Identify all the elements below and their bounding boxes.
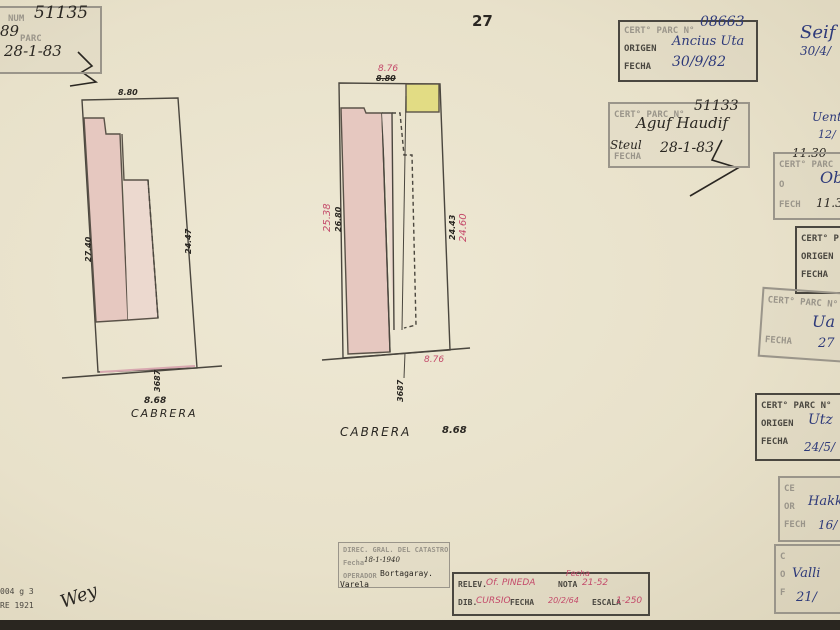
- cert-6-fecha: 24/5/: [804, 440, 835, 454]
- top-right-signature: Seif: [800, 22, 835, 43]
- cert-2-origen: Aguf Haudif: [636, 114, 728, 132]
- survey-stamp: RELEV. NOTA DIB. FECHA ESCALA: [452, 572, 650, 616]
- right-note-1: Uent: [812, 110, 840, 124]
- left-street-number: 3687: [153, 370, 162, 392]
- right-street-name: CABRERA: [340, 425, 411, 439]
- right-front-width-top: 8.80: [376, 74, 396, 83]
- right-right-depth-red: 24.60: [458, 213, 469, 242]
- right-right-depth: 24.43: [448, 215, 457, 240]
- right-front-width-top-red: 8.76: [378, 64, 398, 74]
- top-right-date: 30/4/: [800, 44, 831, 58]
- right-note-2: 12/: [818, 128, 836, 141]
- cert-2-number: 51133: [694, 98, 739, 114]
- cert-stamp-4: CERT° P ORIGEN FECHA: [795, 226, 840, 294]
- cert-6-origen: Utz: [808, 412, 833, 428]
- stamp-number: 51135: [34, 3, 88, 23]
- survey-fecha-top: Fecha: [566, 569, 590, 578]
- left-depth-label: 27.40: [84, 237, 93, 262]
- cert-7-fecha: 16/: [818, 518, 837, 532]
- catastro-date: 18-1-1940: [364, 556, 400, 564]
- left-street-name: CABRERA: [131, 407, 198, 420]
- cert-1-origen: Ancius Uta: [672, 34, 744, 49]
- catastro-extra: Varela: [340, 580, 369, 589]
- right-street-width: 8.68: [442, 425, 467, 436]
- survey-escala-value: 1-250: [616, 596, 642, 606]
- cert-stamp-7: CE OR FECH: [778, 476, 840, 542]
- bottom-left-code-2: RE 1921: [0, 601, 34, 610]
- cert-7-origen: Hakk: [808, 494, 840, 509]
- survey-fecha-value: 20/2/64: [548, 596, 579, 605]
- cert-8-fecha: 21/: [796, 590, 817, 605]
- survey-relev-value: Of. PINEDA: [486, 578, 535, 588]
- cert-2-fecha: 28-1-83: [660, 140, 714, 156]
- stamp-date: 28-1-83: [4, 42, 62, 60]
- right-left-depth: 26.80: [334, 207, 343, 232]
- cert-5-fecha: 27: [818, 336, 835, 351]
- right-street-number: 3687: [396, 380, 405, 402]
- cert-5-origen: Ua: [812, 312, 835, 331]
- catastro-operador: Bortagaray.: [380, 569, 433, 578]
- survey-dib-value: CURSIO: [476, 596, 511, 606]
- survey-nota-value: 21-52: [582, 578, 608, 588]
- cert-2-extra: Steul: [610, 138, 642, 152]
- cert-3-origen: Ob: [820, 168, 840, 187]
- right-left-depth-red: 25.38: [322, 203, 333, 232]
- cert-1-fecha: 30/9/82: [672, 54, 726, 70]
- left-front-width-bottom: 8.68: [144, 396, 166, 406]
- stamp-partial: 89: [0, 22, 19, 40]
- cert-8-origen: Valli: [792, 566, 820, 581]
- cert-3-fecha: 11.3: [816, 196, 840, 210]
- cert-1-number: 08663: [700, 14, 745, 30]
- bottom-left-code-1: 004 g 3: [0, 587, 34, 596]
- left-front-width-top: 8.80: [118, 88, 138, 97]
- right-front-width-bottom-red: 8.76: [424, 355, 444, 365]
- right-depth-label: 24.47: [184, 229, 193, 254]
